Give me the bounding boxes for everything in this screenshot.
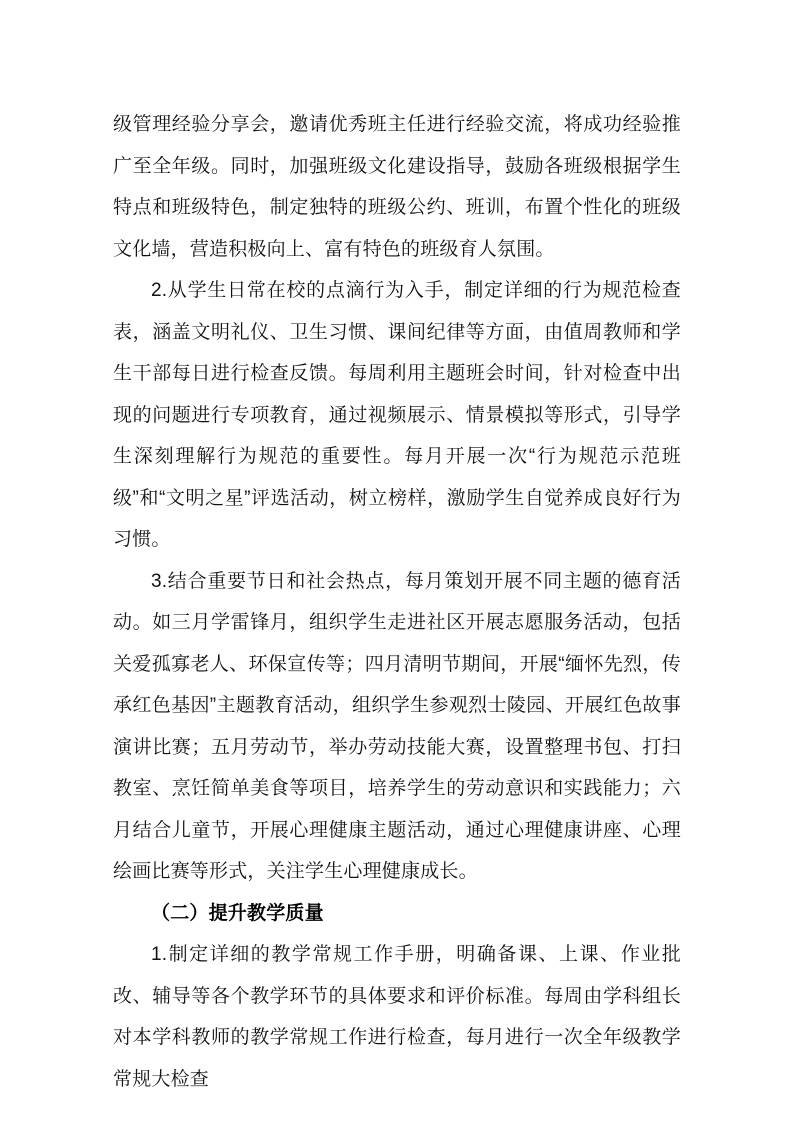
paragraph-behavior-norms: 2.从学生日常在校的点滴行为入手，制定详细的行为规范检查表，涵盖文明礼仪、卫生习… — [113, 270, 681, 561]
paragraph-moral-education-activities: 3.结合重要节日和社会热点，每月策划开展不同主题的德育活动。如三月学雷锋月，组织… — [113, 561, 681, 893]
document-body: 级管理经验分享会，邀请优秀班主任进行经验交流，将成功经验推广至全年级。同时，加强… — [113, 104, 681, 1100]
paragraph-class-management-continuation: 级管理经验分享会，邀请优秀班主任进行经验交流，将成功经验推广至全年级。同时，加强… — [113, 104, 681, 270]
section-heading-improve-teaching-quality: （二）提升教学质量 — [113, 893, 681, 935]
document-page: 级管理经验分享会，邀请优秀班主任进行经验交流，将成功经验推广至全年级。同时，加强… — [0, 0, 793, 1122]
paragraph-teaching-routine-manual: 1.制定详细的教学常规工作手册，明确备课、上课、作业批改、辅导等各个教学环节的具… — [113, 934, 681, 1100]
